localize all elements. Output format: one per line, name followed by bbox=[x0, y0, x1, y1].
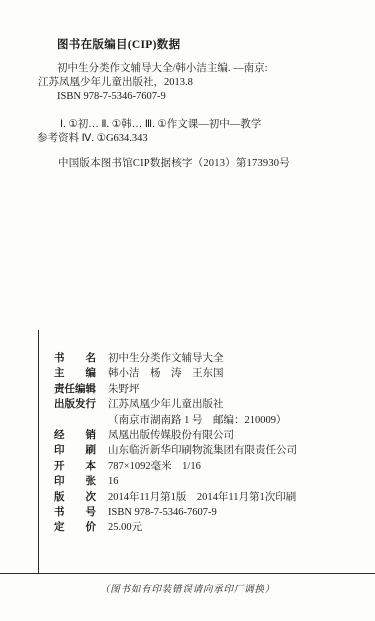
colophon-row-printer: 印 刷 山东临沂新华印刷物流集团有限责任公司 bbox=[54, 443, 297, 458]
row-value: 朱野坪 bbox=[108, 382, 140, 397]
row-value: 江苏凤凰少年儿童出版社 bbox=[108, 397, 224, 412]
row-value: 初中生分类作文辅导大全 bbox=[108, 351, 224, 366]
colophon-row-publisher-address: （南京市湖南路 1 号 邮编：210009） bbox=[54, 413, 297, 428]
cip-classification-line1: Ⅰ. ①初… Ⅱ. ①韩… Ⅲ. ①作文课—初中—教学 bbox=[60, 118, 261, 132]
row-label: 印 张 bbox=[54, 474, 108, 489]
row-label: 书 名 bbox=[54, 351, 108, 366]
row-value: ISBN 978-7-5346-7607-9 bbox=[108, 505, 217, 520]
row-value: 16 bbox=[108, 474, 119, 489]
colophon-left-rule bbox=[38, 330, 39, 574]
colophon-row-chief-editor: 主 编 韩小洁 杨 涛 王东国 bbox=[54, 366, 297, 381]
row-value: 787×1092毫米 1/16 bbox=[108, 459, 201, 474]
cip-paragraph-line1: 初中生分类作文辅导大全/韩小洁主编. —南京: bbox=[57, 62, 268, 76]
colophon-table: 书 名 初中生分类作文辅导大全 主 编 韩小洁 杨 涛 王东国 责任编辑 朱野坪… bbox=[54, 351, 297, 536]
row-label: 经 销 bbox=[54, 428, 108, 443]
colophon-row-edition: 版 次 2014年11月第1版 2014年11月第1次印刷 bbox=[54, 490, 297, 505]
row-value: （南京市湖南路 1 号 邮编：210009） bbox=[108, 413, 287, 428]
cip-classification: Ⅰ. ①初… Ⅱ. ①韩… Ⅲ. ①作文课—初中—教学 参考资料 Ⅳ. ①G63… bbox=[37, 118, 261, 146]
colophon-row-sheets: 印 张 16 bbox=[54, 474, 297, 489]
row-label bbox=[54, 413, 108, 428]
cip-header: 图书在版编目(CIP)数据 bbox=[57, 36, 180, 52]
colophon-row-title: 书 名 初中生分类作文辅导大全 bbox=[54, 351, 297, 366]
row-label: 定 价 bbox=[54, 520, 108, 535]
row-label: 主 编 bbox=[54, 366, 108, 381]
colophon-row-isbn: 书 号 ISBN 978-7-5346-7607-9 bbox=[54, 505, 297, 520]
row-label: 责任编辑 bbox=[54, 382, 108, 397]
cip-paragraph-line2: 江苏凤凰少年儿童出版社，2013.8 bbox=[38, 76, 268, 90]
row-label: 出版发行 bbox=[54, 397, 108, 412]
row-value: 凤凰出版传媒股份有限公司 bbox=[108, 428, 234, 443]
cip-paragraph-isbn: ISBN 978-7-5346-7607-9 bbox=[57, 90, 268, 104]
colophon-row-price: 定 价 25.00元 bbox=[54, 520, 297, 535]
cip-paragraph: 初中生分类作文辅导大全/韩小洁主编. —南京: 江苏凤凰少年儿童出版社，2013… bbox=[38, 62, 268, 104]
row-value: 25.00元 bbox=[108, 520, 142, 535]
printer-note: （图书如有印装错误请向承印厂调换） bbox=[0, 581, 375, 595]
footer-divider-rule bbox=[0, 573, 375, 574]
colophon-row-distributor: 经 销 凤凰出版传媒股份有限公司 bbox=[54, 428, 297, 443]
cip-record-number: 中国版本图书馆CIP数据核字（2013）第173930号 bbox=[58, 155, 290, 170]
colophon-row-format: 开 本 787×1092毫米 1/16 bbox=[54, 459, 297, 474]
book-copyright-page: 图书在版编目(CIP)数据 初中生分类作文辅导大全/韩小洁主编. —南京: 江苏… bbox=[0, 0, 375, 621]
row-value: 2014年11月第1版 2014年11月第1次印刷 bbox=[108, 490, 296, 505]
row-value: 山东临沂新华印刷物流集团有限责任公司 bbox=[108, 443, 297, 458]
row-label: 开 本 bbox=[54, 459, 108, 474]
colophon-row-publisher: 出版发行 江苏凤凰少年儿童出版社 bbox=[54, 397, 297, 412]
colophon-row-responsible-editor: 责任编辑 朱野坪 bbox=[54, 382, 297, 397]
row-value: 韩小洁 杨 涛 王东国 bbox=[108, 366, 224, 381]
row-label: 印 刷 bbox=[54, 443, 108, 458]
row-label: 书 号 bbox=[54, 505, 108, 520]
cip-classification-line2: 参考资料 Ⅳ. ①G634.343 bbox=[37, 132, 261, 146]
row-label: 版 次 bbox=[54, 490, 108, 505]
